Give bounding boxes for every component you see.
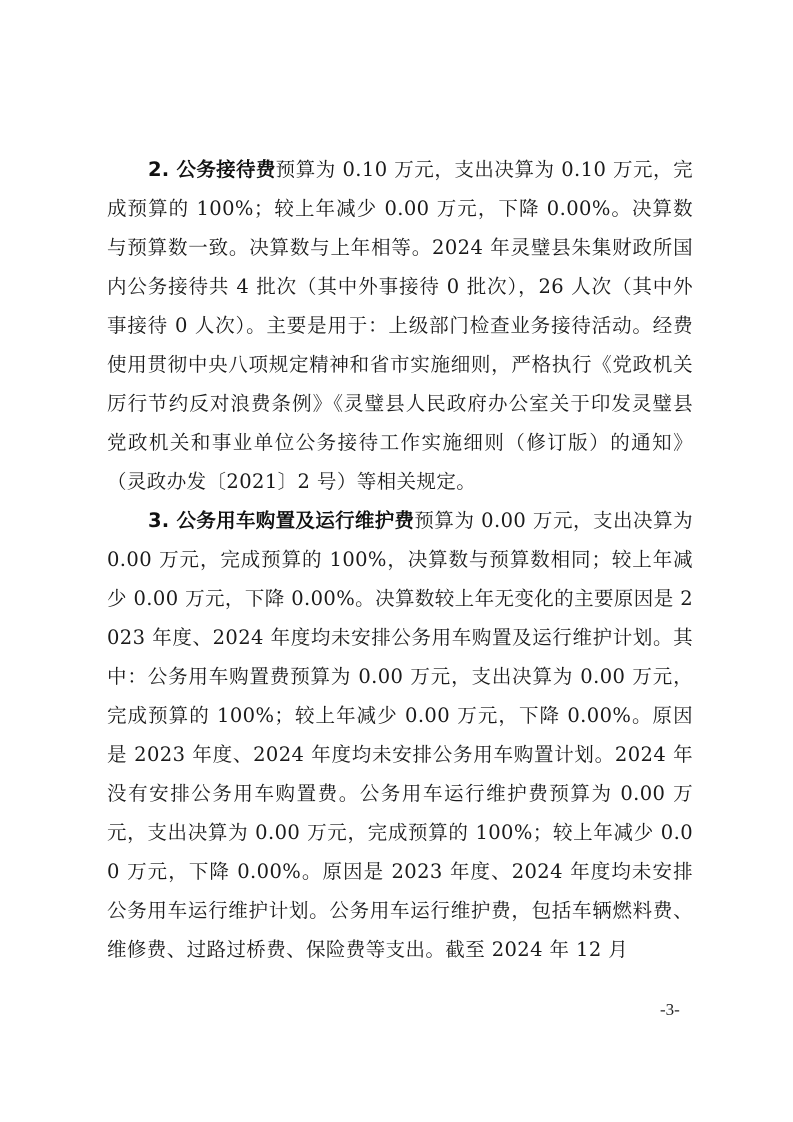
document-body: 2. 公务接待费预算为 0.10 万元，支出决算为 0.10 万元，完成预算的 … (107, 150, 693, 969)
paragraph-text: 预算为 0.10 万元，支出决算为 0.10 万元，完成预算的 100%；较上年… (107, 158, 693, 493)
paragraph-vehicle-expenses: 3. 公务用车购置及运行维护费预算为 0.00 万元，支出决算为 0.00 万元… (107, 501, 693, 969)
section-heading-reception: 2. 公务接待费 (148, 158, 276, 181)
document-page: 2. 公务接待费预算为 0.10 万元，支出决算为 0.10 万元，完成预算的 … (0, 0, 793, 1122)
section-heading-vehicle: 3. 公务用车购置及运行维护费 (148, 509, 414, 532)
paragraph-text: 预算为 0.00 万元，支出决算为 0.00 万元，完成预算的 100%，决算数… (107, 509, 693, 961)
paragraph-reception-expenses: 2. 公务接待费预算为 0.10 万元，支出决算为 0.10 万元，完成预算的 … (107, 150, 693, 501)
page-number: -3- (660, 1000, 680, 1020)
